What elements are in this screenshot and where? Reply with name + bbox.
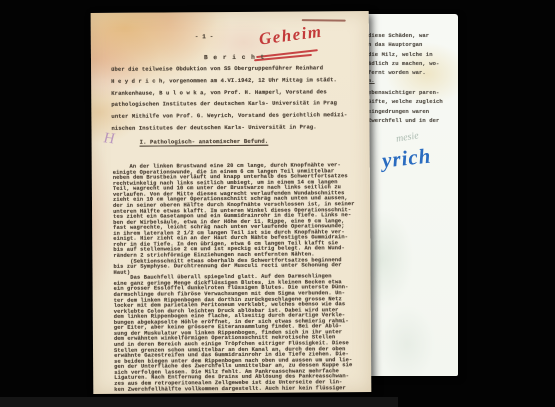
report-title: B e r i c h t: [204, 54, 265, 61]
purple-margin-mark: H: [101, 130, 116, 148]
section-heading: I. Pathologisch- anatomischer Befund.: [140, 138, 269, 146]
scanned-photo-background: diese Schäden, war n das Hauptorgan die …: [0, 0, 555, 407]
report-header-paragraph: über die teilweise Obduktion von SS Ober…: [111, 62, 348, 134]
page-number: - 1 -: [195, 33, 214, 40]
fragment-text-lower: ebenswichtiger paren- Gifte, welche zugl…: [368, 88, 443, 125]
autopsy-report-page: - 1 - Geheim B e r i c h t über die teil…: [91, 11, 372, 394]
table-surface-edge: [0, 397, 398, 407]
secret-stamp-handwriting: Geheim: [258, 22, 324, 50]
report-body-text: An der linken Brustwand eine 20 cm lange…: [113, 163, 356, 393]
fragment-text-upper: diese Schäden, war n das Hauptorgan die …: [368, 31, 439, 77]
stain-streak: [302, 19, 346, 21]
pencil-annotation: mesie: [395, 130, 419, 144]
blue-ink-annotation: yrich: [381, 143, 433, 173]
